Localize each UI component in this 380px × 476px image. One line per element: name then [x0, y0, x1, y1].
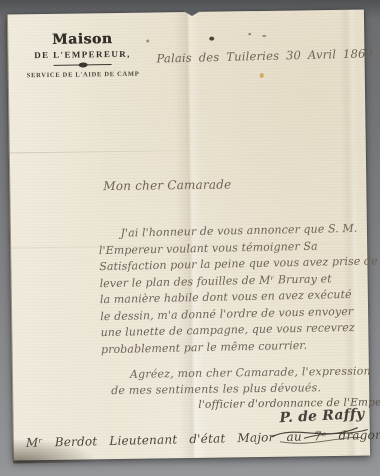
body-paragraph: J'ai l'honneur de vous annoncer que S. M… — [98, 221, 363, 358]
closing-line: Agréez, mon cher Camarade, l'expression — [130, 364, 371, 380]
top-fold-notch — [180, 9, 204, 16]
letterhead-org-name-2: DE L'EMPEREUR, — [26, 49, 138, 61]
scan-background: Maison DE L'EMPEREUR, SERVICE DE L'AIDE … — [0, 0, 380, 476]
fold-crease-horizontal — [10, 150, 190, 154]
foxing-spot — [260, 73, 264, 78]
letterhead-divider — [54, 64, 112, 66]
ink-speck — [262, 35, 266, 37]
ink-speck — [146, 40, 149, 43]
ink-speck — [248, 33, 251, 35]
letterhead: Maison DE L'EMPEREUR, SERVICE DE L'AIDE … — [26, 31, 139, 80]
salutation: Mon cher Camarade — [103, 177, 231, 193]
divider-ornament — [78, 62, 87, 67]
letterhead-org-name: Maison — [26, 31, 138, 49]
closing-line: de mes sentiments les plus dévoués. — [111, 381, 321, 397]
letterhead-service-line: SERVICE DE L'AIDE DE CAMP — [27, 71, 139, 80]
ink-blot — [209, 37, 214, 41]
paper-sheet: Maison DE L'EMPEREUR, SERVICE DE L'AIDE … — [7, 10, 370, 461]
recipient-flourish — [304, 427, 370, 440]
dateline: Palais des Tuileries 30 Avril 1869 — [156, 46, 373, 65]
